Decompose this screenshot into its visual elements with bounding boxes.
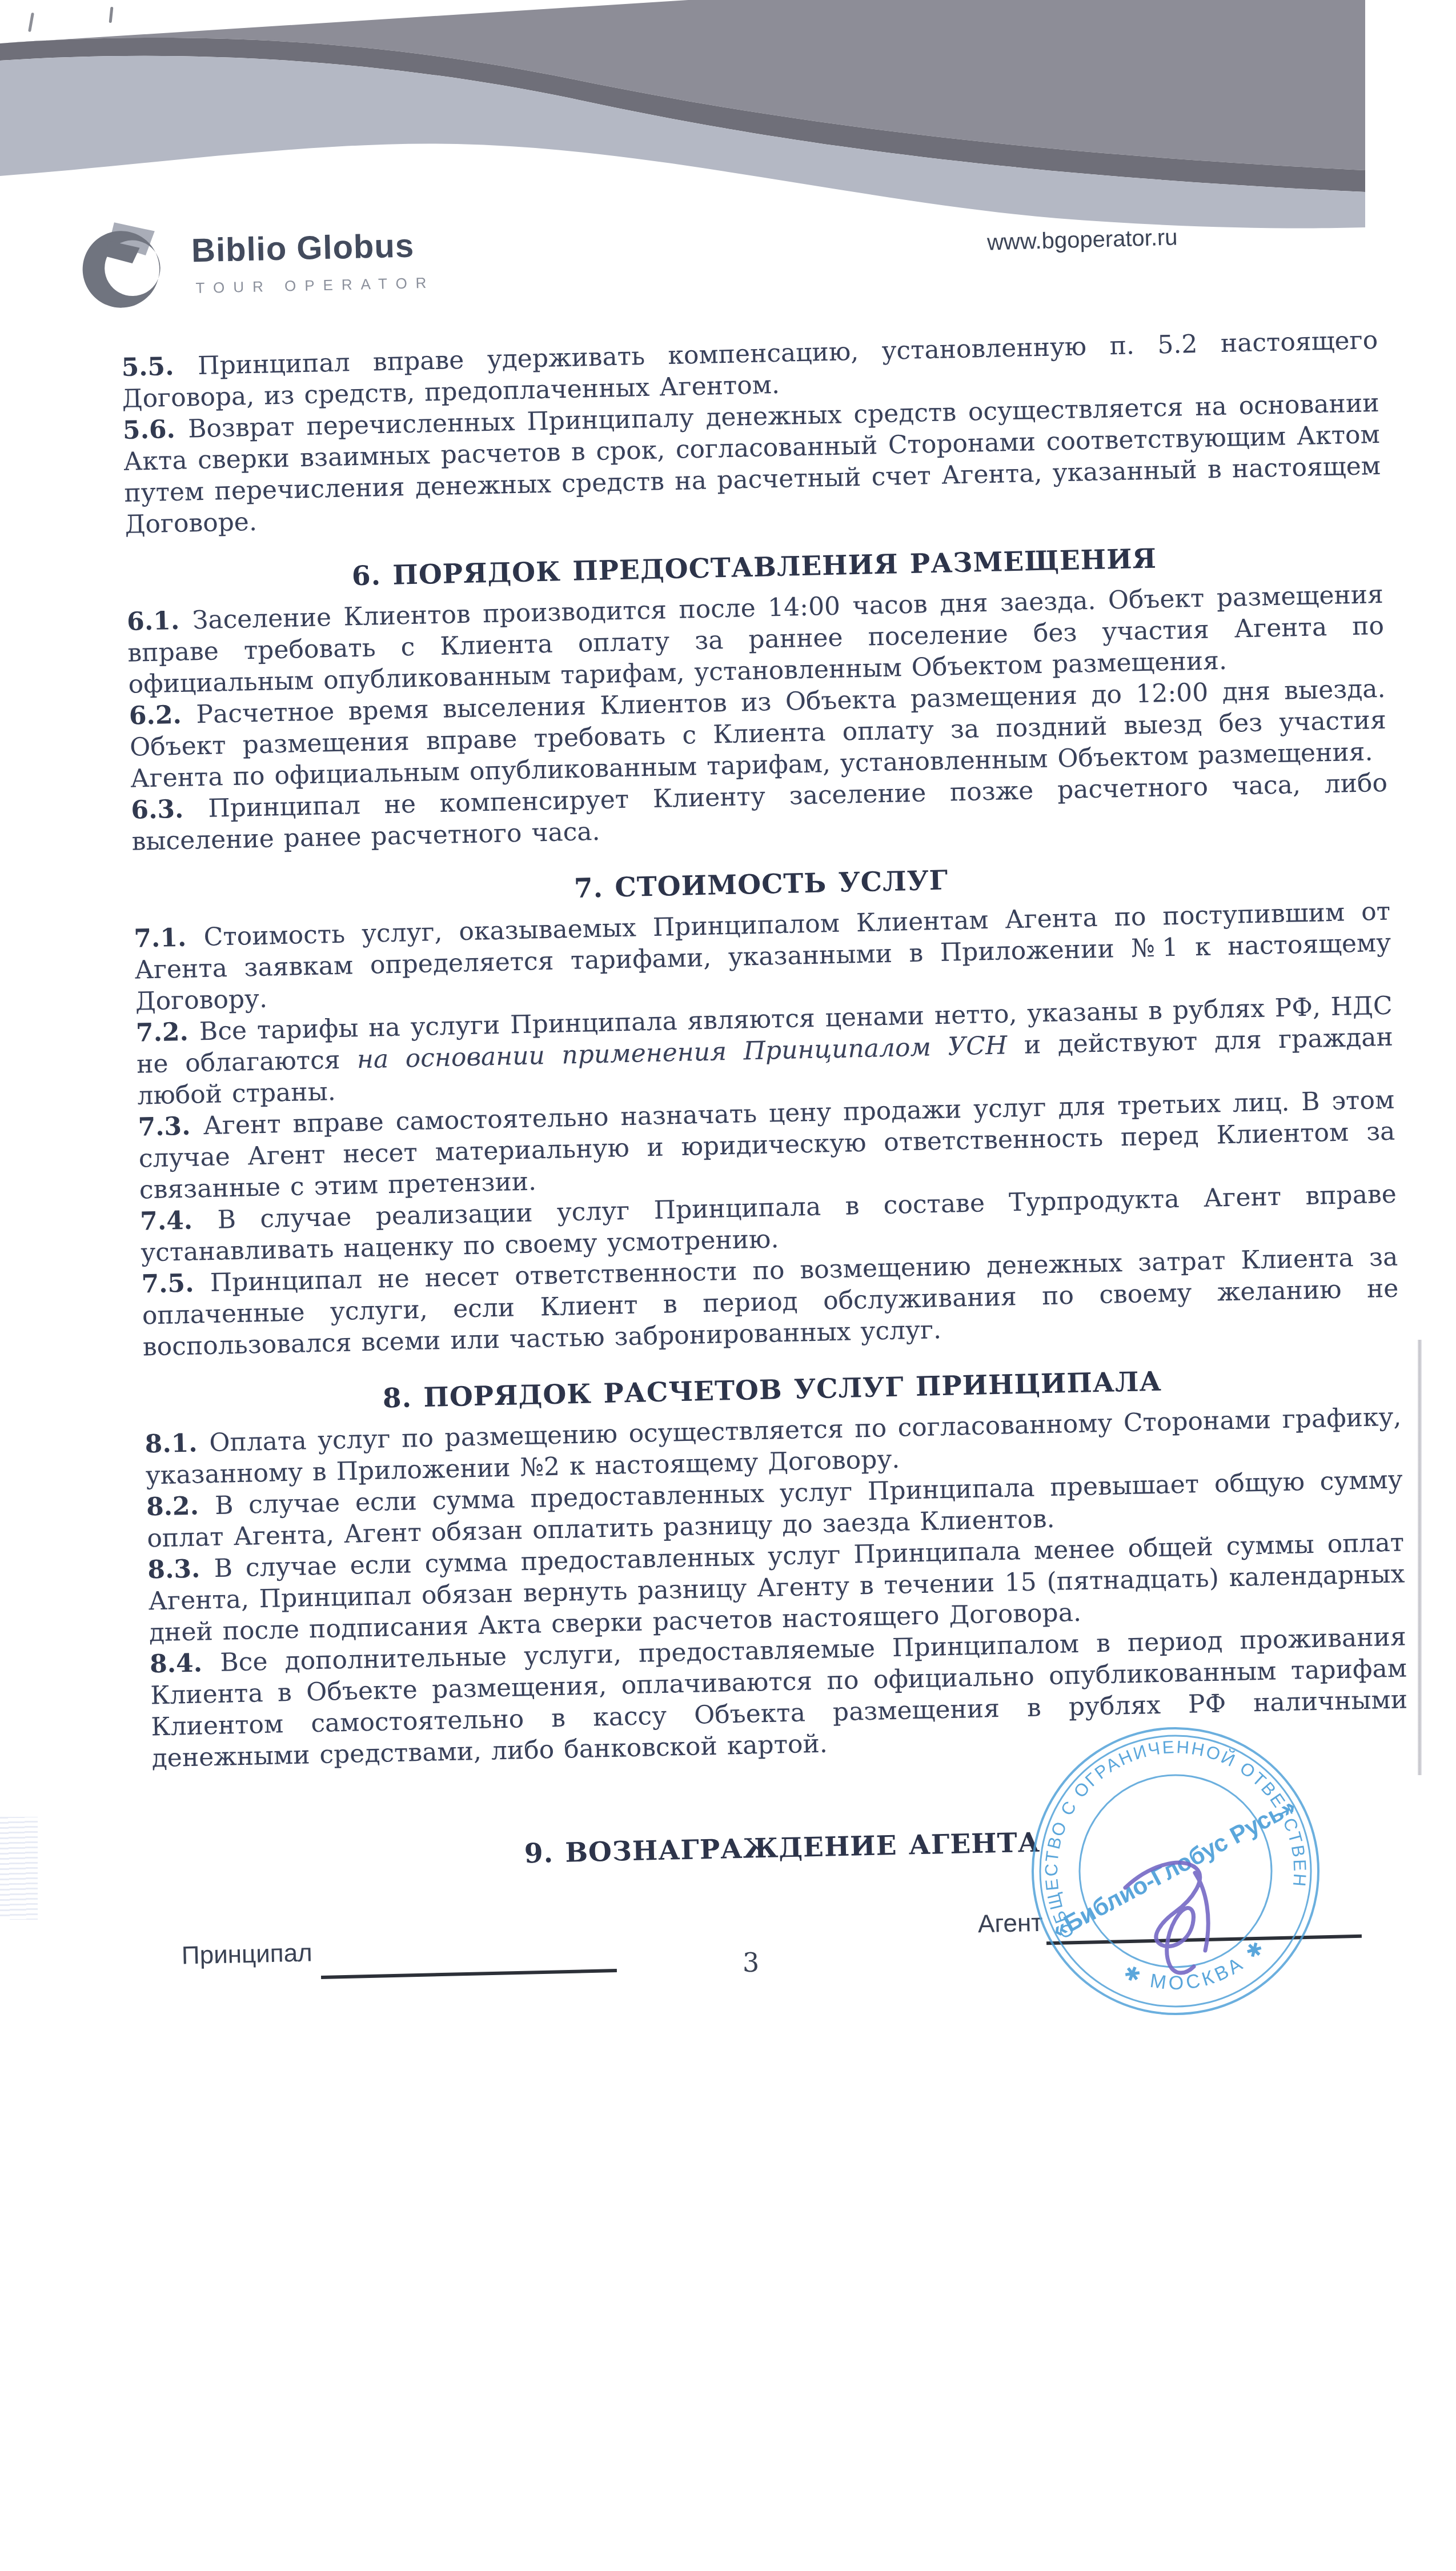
clause-number: 8.1. — [145, 1428, 210, 1459]
clause-number: 8.4. — [150, 1648, 220, 1679]
principal-signature-label: Принципал — [181, 1939, 312, 1970]
letterhead-wave-graphic — [0, 0, 1365, 246]
page-number: 3 — [743, 1947, 759, 1978]
clause-number: 6.3. — [131, 794, 208, 825]
clause-number: 7.3. — [138, 1111, 203, 1142]
biblio-globus-logo-icon — [72, 218, 170, 317]
clause-number: 7.5. — [141, 1268, 210, 1299]
document-body: 5.5. Принципал вправе удерживать компенс… — [121, 325, 1411, 1887]
logo-subtitle: TOUR OPERATOR — [195, 274, 435, 297]
clause: 5.6. Возврат перечисленных Принципалу де… — [122, 387, 1381, 540]
clause-text: Возврат перечисленных Принципалу денежны… — [123, 389, 1381, 539]
logo-title: Biblio Globus — [191, 226, 414, 270]
scan-artifact-smudge — [0, 1817, 38, 1920]
clause-number: 6.2. — [129, 700, 196, 731]
clause-number: 6.1. — [127, 606, 193, 636]
clause-number: 5.6. — [122, 414, 188, 444]
clause-number: 8.2. — [146, 1491, 215, 1522]
clause-number: 5.5. — [121, 351, 198, 382]
clause-number: 7.1. — [134, 923, 204, 954]
clause-number: 7.4. — [140, 1206, 218, 1236]
handwritten-signature — [1115, 1839, 1258, 1993]
principal-signature-line — [321, 1969, 617, 1979]
clause-number: 7.2. — [135, 1017, 199, 1047]
wave-svg — [0, 0, 1365, 246]
clause-number: 8.3. — [147, 1554, 214, 1585]
website-url: www.bgoperator.ru — [986, 225, 1178, 255]
scan-edge-line — [1418, 1340, 1422, 1775]
logo: Biblio Globus TOUR OPERATOR — [72, 214, 508, 333]
